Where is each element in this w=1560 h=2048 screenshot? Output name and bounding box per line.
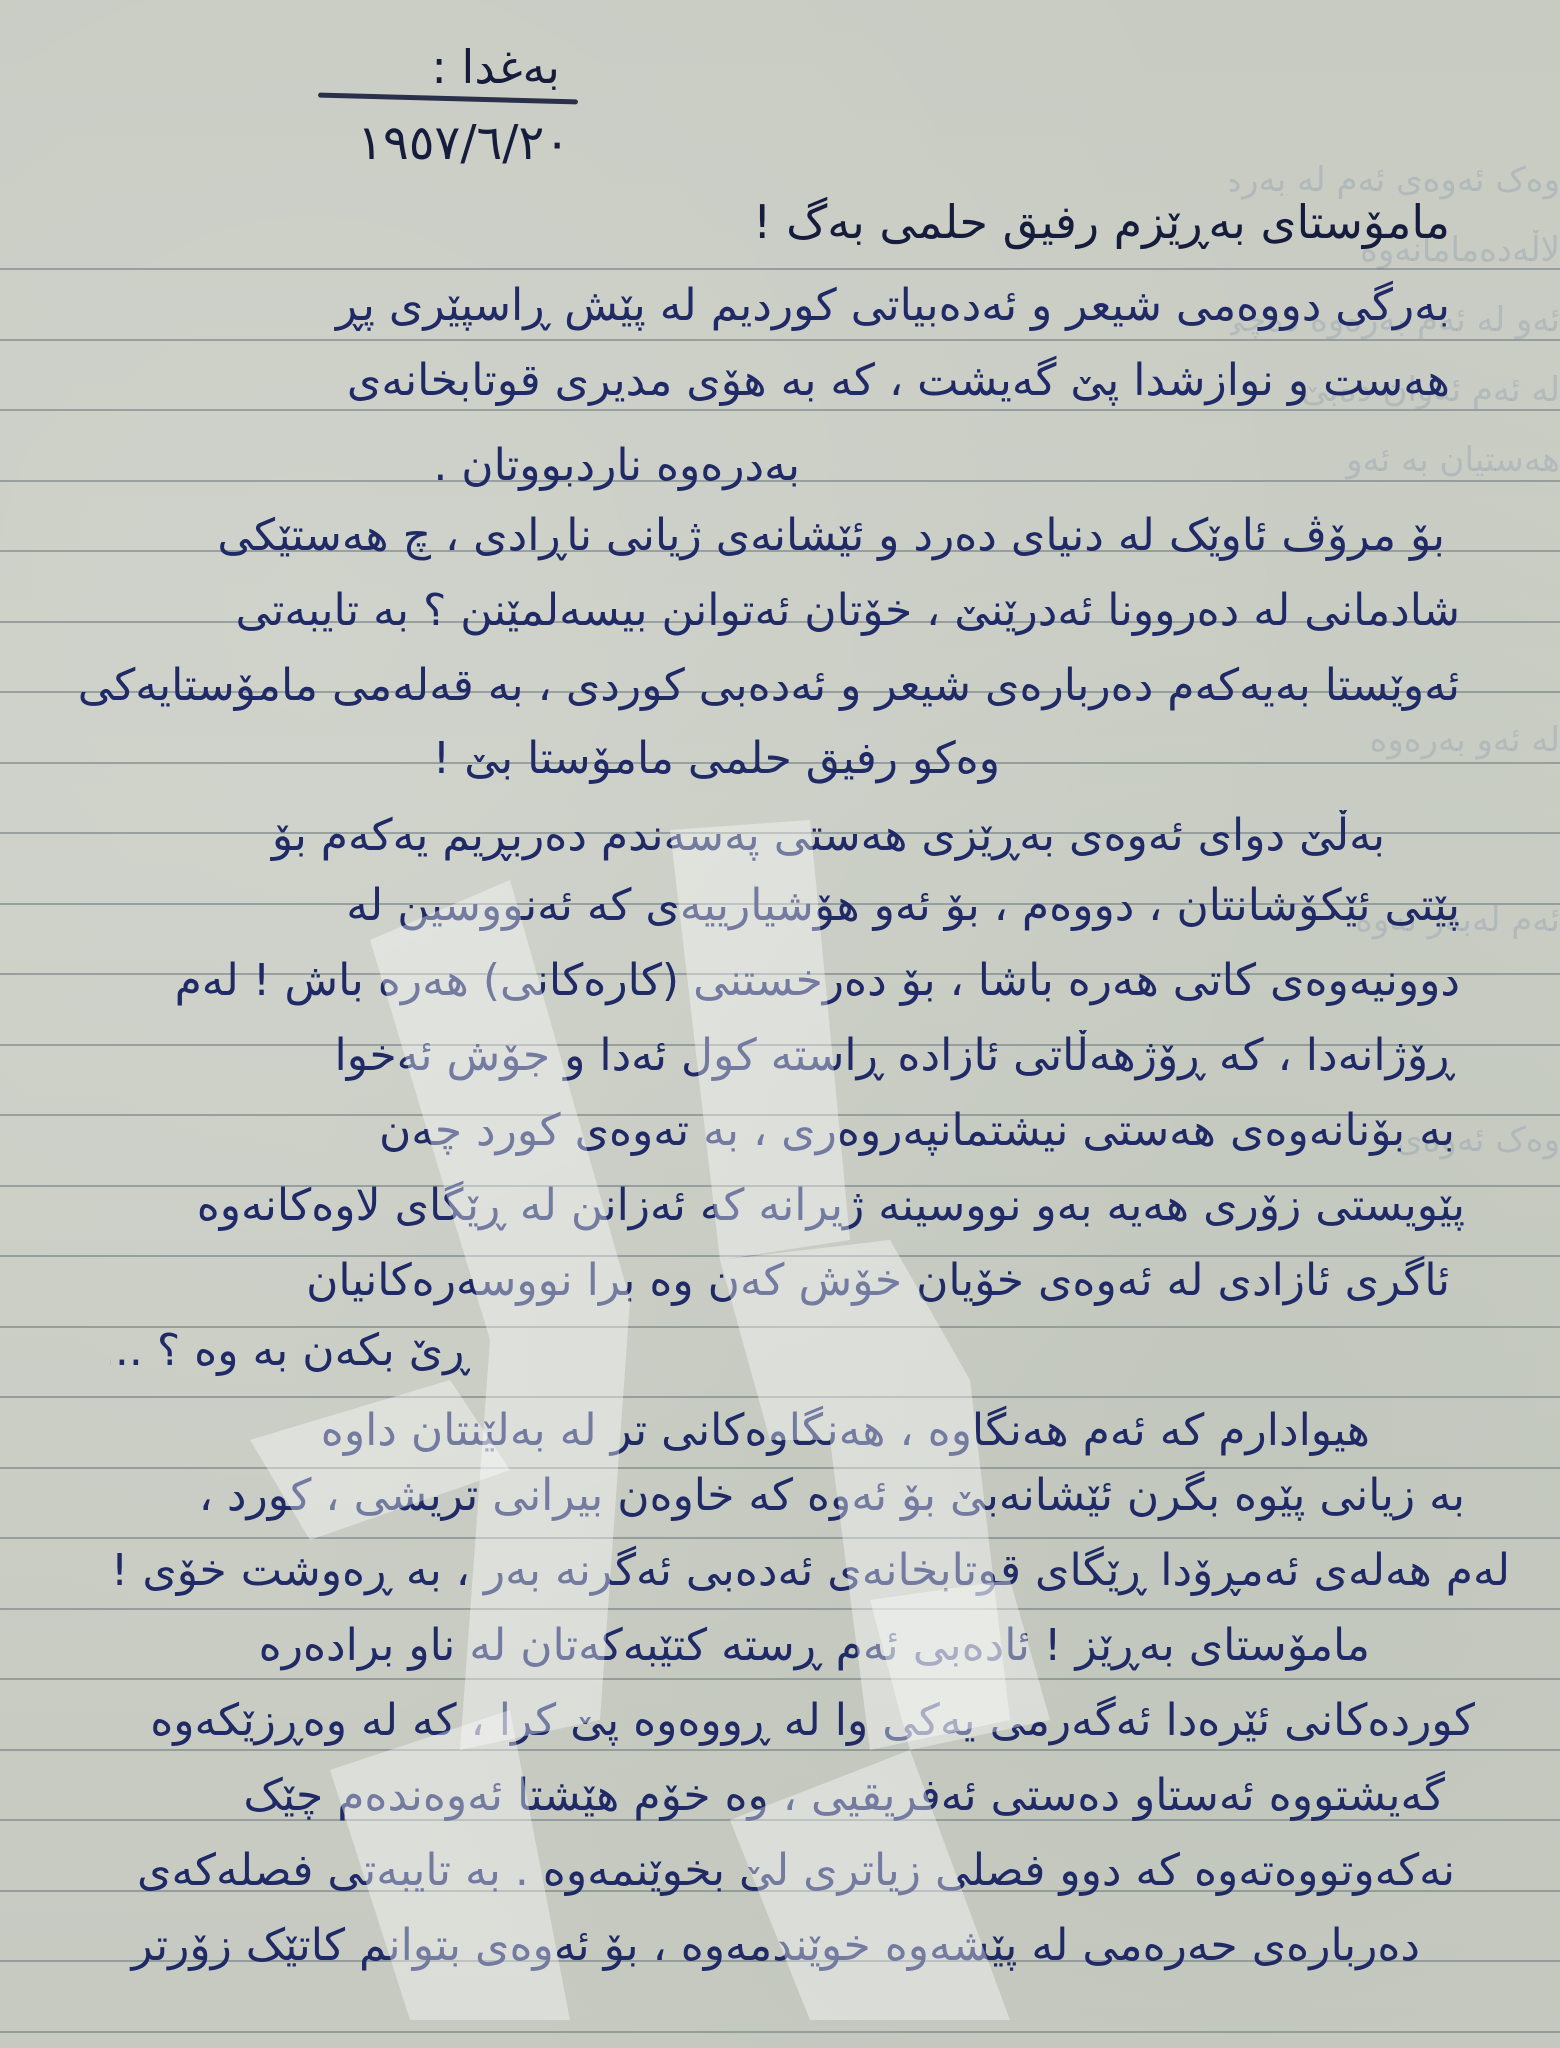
letter-line: مامۆستای بەڕێز ! ئادەبی ئەم ڕستە کتێبەکە… bbox=[100, 1620, 1370, 1671]
letter-line: شادمانی لە دەروونا ئەدرێنێ ، خۆتان ئەتوا… bbox=[50, 585, 1460, 636]
letter-line: کوردەکانی ئێرەدا ئەگەرمی یەکی وا لە ڕووە… bbox=[55, 1695, 1475, 1746]
letter-line: لەم هەلەی ئەمڕۆدا ڕێگای قوتابخانەی ئەدەب… bbox=[50, 1545, 1510, 1596]
letter-line: گەیشتووە ئەستاو دەستی ئەفریقیی ، وە خۆم … bbox=[65, 1770, 1445, 1821]
rule-line bbox=[0, 1396, 1560, 1398]
letter-line: هەست و نوازشدا پێ گەیشت ، کە بە هۆی مدیر… bbox=[100, 355, 1450, 406]
letter-line: بەرگی دووەمی شیعر و ئەدەبیاتی کوردیم لە … bbox=[100, 280, 1450, 331]
rule-line bbox=[0, 2031, 1560, 2033]
header-place: بەغدا : bbox=[300, 40, 560, 94]
letter-line: ئەوێستا بەیەکەم دەربارەی شیعر و ئەدەبی ک… bbox=[40, 660, 1460, 711]
letter-line: بەدرەوە ناردبووتان . bbox=[240, 440, 800, 491]
letter-line: هیوادارم کە ئەم هەنگاوە ، هەنگاوەکانی تر… bbox=[100, 1405, 1370, 1456]
rule-line bbox=[0, 1537, 1560, 1539]
rule-line bbox=[0, 1678, 1560, 1680]
letter-page: وەک ئەوەی ئەم لە بەرەوەلاڵەدەمامانەوەئەو… bbox=[0, 0, 1560, 2048]
letter-line: ئاگری ئازادی لە ئەوەی خۆیان خۆش کەن وە ب… bbox=[90, 1255, 1450, 1306]
bleed-through-line: هەستیان بە ئەو bbox=[1230, 440, 1560, 480]
bleed-through-line: وەک ئەوەی ئەم لە بەرەوە bbox=[1230, 160, 1560, 200]
bleed-through-line: لە ئەو بەرەوە bbox=[1230, 720, 1560, 760]
letter-line: بە بۆنانەوەی هەستی نیشتمانپەروەری ، بە ت… bbox=[75, 1105, 1455, 1156]
letter-line: پێویستی زۆری هەیە بەو نووسینە ژیرانە کە … bbox=[45, 1180, 1465, 1231]
greeting: مامۆستای بەڕێزم رفیق حلمی بەگ ! bbox=[753, 195, 1450, 249]
letter-line: دوونیەوەی کاتی هەرە باشا ، بۆ دەرخستنی (… bbox=[40, 955, 1460, 1006]
letter-line: بە زیانی پێوە بگرن ئێشانەبێ بۆ ئەوە کە خ… bbox=[45, 1470, 1465, 1521]
letter-line: بەڵێ دوای ئەوەی بەڕێزی هەستی پەسەندم دەر… bbox=[85, 810, 1385, 861]
rule-line bbox=[0, 1608, 1560, 1610]
letter-line: پێتی ئێکۆشانتان ، دووەم ، بۆ ئەو هۆشیاری… bbox=[80, 880, 1460, 931]
letter-line: بۆ مرۆڤ ئاوێک لە دنیای دەرد و ئێشانەی ژی… bbox=[45, 510, 1445, 561]
header-underline bbox=[318, 93, 578, 105]
letter-line: ڕێ بکەن بە وە ؟ ... bbox=[110, 1325, 470, 1376]
rule-line bbox=[0, 1467, 1560, 1469]
letter-line: دەربارەی حەرەمی لە پێشەوە خوێندمەوە ، بۆ… bbox=[90, 1920, 1420, 1971]
letter-line: وەکو رفیق حلمی مامۆستا بێ ! bbox=[100, 733, 1000, 784]
letter-line: ڕۆژانەدا ، کە ڕۆژهەڵاتی ئازادە ڕاستە کول… bbox=[75, 1030, 1455, 1081]
header-date: ١٩٥٧/٦/٢٠ bbox=[240, 115, 570, 171]
letter-line: نەکەوتووەتەوە کە دوو فصلی زیاتری لێ بخوێ… bbox=[65, 1845, 1455, 1896]
rule-line bbox=[0, 1749, 1560, 1751]
